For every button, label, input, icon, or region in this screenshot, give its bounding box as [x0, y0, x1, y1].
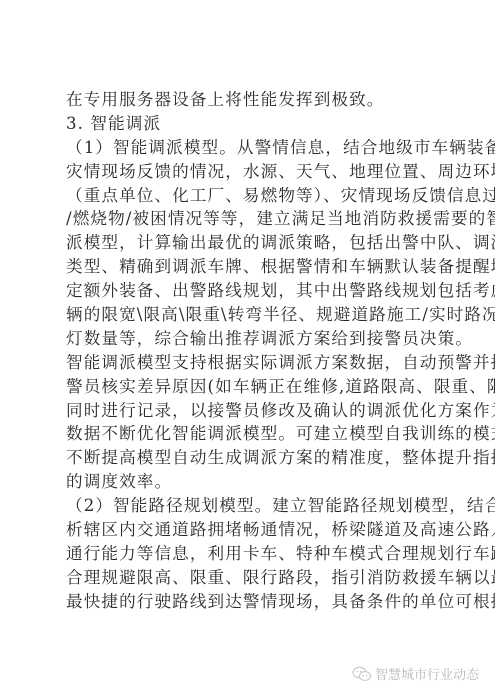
body-line: /燃烧物/被困情况等等，建立满足当地消防救援需要的智能调: [66, 207, 428, 231]
body-line: 辆的限宽\限高\限重\转弯半径、规避道路施工/实时路况/红绿: [66, 303, 428, 327]
body-line: 同时进行记录，以接警员修改及确认的调派优化方案作为训练: [66, 399, 428, 423]
body-line: 数据不断优化智能调派模型。可建立模型自我训练的模式，以: [66, 422, 428, 446]
wechat-icon: [352, 666, 372, 682]
body-line: 析辖区内交通道路拥堵畅通情况，桥梁隧道及高速公路入口的: [66, 518, 428, 542]
watermark: 智慧城市行业动态: [352, 664, 479, 683]
body-line: 灾情现场反馈的情况，水源、天气、地理位置、周边环境情况: [66, 160, 428, 184]
body-line: （重点单位、化工厂、易燃物等）、灾情现场反馈信息过火面积: [66, 184, 428, 208]
body-line: 定额外装备、出警路线规划，其中出警路线规划包括考虑了车: [66, 279, 428, 303]
section-heading: 3. 智能调派: [66, 112, 428, 136]
watermark-text: 智慧城市行业动态: [375, 664, 479, 683]
body-line: 类型、精确到调派车牌、根据警情和车辆默认装备提醒增加指: [66, 255, 428, 279]
body-line: 智能调派模型支持根据实际调派方案数据，自动预警并提醒接: [66, 351, 428, 375]
body-line: （1）智能调派模型。从警情信息，结合地级市车辆装备情况、: [66, 136, 428, 160]
body-line: 派模型，计算输出最优的调派策略，包括出警中队、调派车辆: [66, 231, 428, 255]
body-line: 不断提高模型自动生成调派方案的精准度，整体提升指挥中心: [66, 446, 428, 470]
body-line: 通行能力等信息，利用卡车、特种车模式合理规划行车路径，: [66, 542, 428, 566]
body-line: 在专用服务器设备上将性能发挥到极致。: [66, 88, 428, 112]
body-line: （2）智能路径规划模型。建立智能路径规划模型，结合地图分: [66, 494, 428, 518]
document-page: 在专用服务器设备上将性能发挥到极致。 3. 智能调派 （1）智能调派模型。从警情…: [0, 0, 495, 700]
body-line: 合理规避限高、限重、限行路段，指引消防救援车辆以最佳、: [66, 566, 428, 590]
body-line: 最快捷的行驶路线到达警情现场，具备条件的单位可根据实时: [66, 590, 428, 614]
body-line: 灯数量等，综合输出推荐调派方案给到接警员决策。: [66, 327, 428, 351]
body-line: 的调度效率。: [66, 470, 428, 494]
body-line: 警员核实差异原因(如车辆正在维修,道路限高、限重、限行等),: [66, 375, 428, 399]
document-body: 在专用服务器设备上将性能发挥到极致。 3. 智能调派 （1）智能调派模型。从警情…: [66, 88, 428, 614]
